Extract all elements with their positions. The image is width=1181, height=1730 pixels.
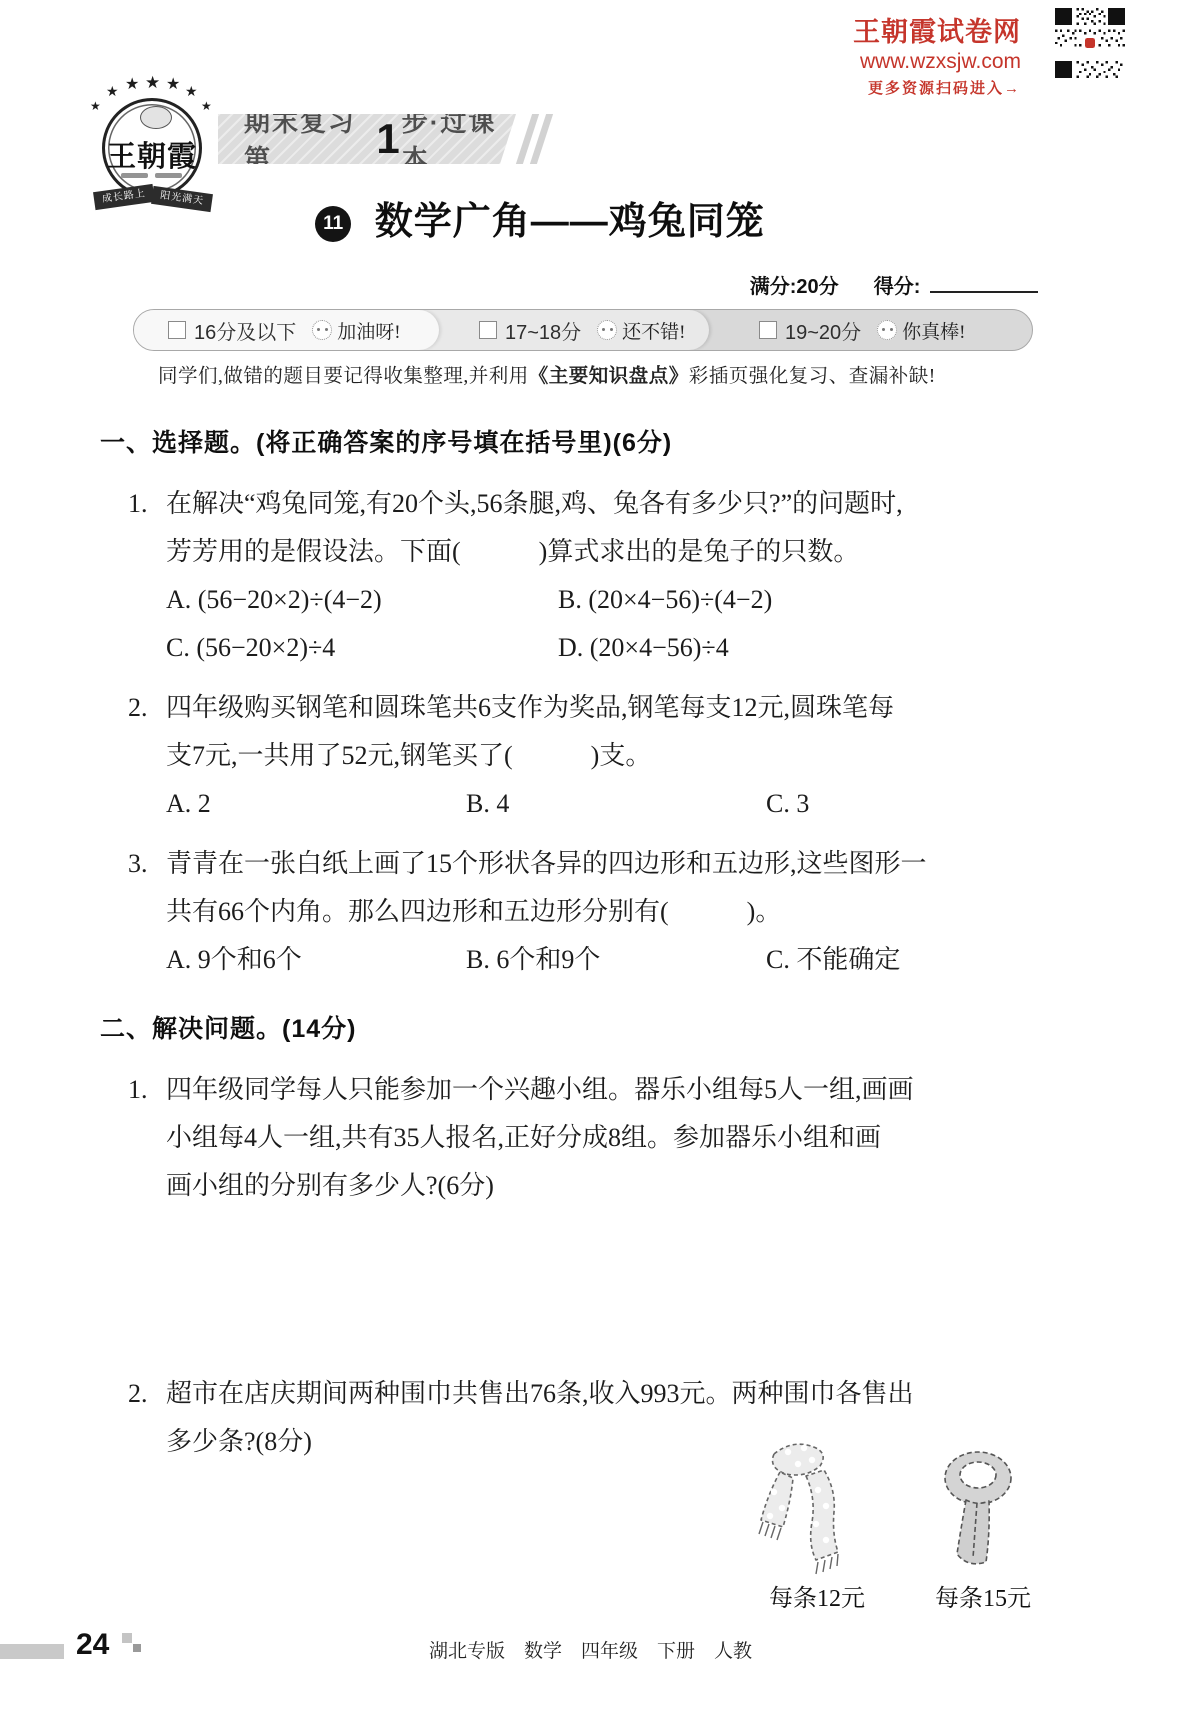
option-row: A. 2 B. 4 C. 3 xyxy=(100,780,1040,828)
brand-block: 王朝霞试卷网 www.wzxsjw.com 更多资源扫码进入→ xyxy=(853,10,1021,98)
option-c: C. 不能确定 xyxy=(766,936,900,984)
star-icon: ★ xyxy=(166,77,180,93)
score-line: 满分:20分 得分: xyxy=(750,270,1038,299)
footer-edition-info: 湖北专版 数学 四年级 下册 人教 xyxy=(0,1636,1181,1663)
notice-text: 同学们,做错的题目要记得收集整理,并利用《主要知识盘点》彩插页强化复习、查漏补缺… xyxy=(158,360,1040,388)
question-line: 超市在店庆期间两种围巾共售出76条,收入993元。两种围巾各售出 xyxy=(166,1370,1040,1418)
option-a: A. 2 xyxy=(166,780,466,828)
brand-site-name: 王朝霞试卷网 xyxy=(853,10,1021,49)
score-checkbox[interactable] xyxy=(759,321,777,339)
score-checkbox[interactable] xyxy=(168,321,186,339)
spacer xyxy=(100,828,1040,840)
scarves-illustration: 每条12元 每条15元 xyxy=(700,1432,1080,1622)
notice-post: 彩插页强化复习、查漏补缺! xyxy=(689,366,936,387)
star-icon: ★ xyxy=(145,74,160,91)
score-range-label: 16分及以下 xyxy=(194,316,296,345)
question-line: 画小组的分别有多少人?(6分) xyxy=(166,1162,1040,1210)
option-b: B. 6个和9个 xyxy=(466,936,766,984)
question-1-3: 3. 青青在一张白纸上画了15个形状各异的四边形和五边形,这些图形一 共有66个… xyxy=(100,840,1040,936)
question-number: 2. xyxy=(128,684,148,732)
question-line: 支7元,一共用了52元,钢笔买了( )支。 xyxy=(166,732,1040,780)
section-1-heading: 一、选择题。(将正确答案的序号填在括号里)(6分) xyxy=(100,428,1040,458)
option-row: A. (56−20×2)÷(4−2) B. (20×4−56)÷(4−2) xyxy=(100,576,1040,624)
section-2-heading: 二、解决问题。(14分) xyxy=(100,1014,1040,1044)
score-checkbox[interactable] xyxy=(479,321,497,339)
banner-step-number: 1 xyxy=(376,115,399,163)
logo-portrait xyxy=(140,106,172,129)
star-icon: ★ xyxy=(106,86,119,100)
qr-code-icon xyxy=(1055,8,1125,78)
question-line: 青青在一张白纸上画了15个形状各异的四边形和五边形,这些图形一 xyxy=(166,840,1040,888)
option-d: D. (20×4−56)÷4 xyxy=(558,624,729,672)
question-1-1: 1. 在解决“鸡兔同笼,有20个头,56条腿,鸡、兔各有多少只?”的问题时, 芳… xyxy=(100,480,1040,576)
score-range-item: 16分及以下 加油呀! xyxy=(168,310,401,350)
full-score-label: 满分:20分 xyxy=(750,276,839,298)
praise-label: 你真棒! xyxy=(902,317,965,344)
question-line: 四年级购买钢笔和圆珠笔共6支作为奖品,钢笔每支12元,圆珠笔每 xyxy=(166,684,1040,732)
praise-label: 加油呀! xyxy=(337,317,400,344)
earned-score-blank[interactable] xyxy=(930,277,1038,293)
page-title: 11 数学广角——鸡兔同笼 xyxy=(50,190,1030,245)
earned-score-label: 得分: xyxy=(874,276,921,298)
worksheet-content: 一、选择题。(将正确答案的序号填在括号里)(6分) 1. 在解决“鸡兔同笼,有2… xyxy=(100,428,1040,1466)
question-number: 1. xyxy=(128,1066,148,1114)
star-icon: ★ xyxy=(185,86,198,100)
question-2-1: 1. 四年级同学每人只能参加一个兴趣小组。器乐小组每5人一组,画画 小组每4人一… xyxy=(100,1066,1040,1210)
answer-space xyxy=(100,1210,1040,1370)
score-range-label: 17~18分 xyxy=(505,316,581,345)
option-a: A. 9个和6个 xyxy=(166,936,466,984)
score-range-item: 17~18分 还不错! xyxy=(479,310,686,350)
question-number: 3. xyxy=(128,840,148,888)
question-line: 小组每4人一组,共有35人报名,正好分成8组。参加器乐小组和画 xyxy=(166,1114,1040,1162)
notice-pre: 同学们,做错的题目要记得收集整理,并利用 xyxy=(158,366,529,387)
banner-prefix: 期末复习第 xyxy=(244,102,374,176)
option-c: C. 3 xyxy=(766,780,809,828)
star-icon: ★ xyxy=(201,100,212,112)
scarf-price-label: 每条15元 xyxy=(918,1578,1048,1613)
question-line: 共有66个内角。那么四边形和五边形分别有( )。 xyxy=(166,888,1040,936)
scarf-plain-image xyxy=(928,1446,1028,1574)
spacer xyxy=(100,672,1040,684)
mascot-icon xyxy=(877,320,897,340)
header-banner: 期末复习第 1 步·过课本 xyxy=(218,114,516,164)
mascot-icon xyxy=(312,320,332,340)
question-line: 在解决“鸡兔同笼,有20个头,56条腿,鸡、兔各有多少只?”的问题时, xyxy=(166,480,1040,528)
option-row: A. 9个和6个 B. 6个和9个 C. 不能确定 xyxy=(100,936,1040,984)
option-row: C. (56−20×2)÷4 D. (20×4−56)÷4 xyxy=(100,624,1040,672)
question-line: 芳芳用的是假设法。下面( )算式求出的是兔子的只数。 xyxy=(166,528,1040,576)
question-number: 1. xyxy=(128,480,148,528)
worksheet-page: 王朝霞试卷网 www.wzxsjw.com 更多资源扫码进入→ xyxy=(0,0,1181,1730)
score-range-bar: 16分及以下 加油呀! 17~18分 还不错! 19~20分 你真棒! xyxy=(133,309,1033,351)
notice-book-title: 《主要知识盘点》 xyxy=(529,365,689,387)
scarf-price-label: 每条12元 xyxy=(752,1578,882,1613)
option-b: B. 4 xyxy=(466,780,766,828)
brand-qr-caption: 更多资源扫码进入→ xyxy=(853,77,1021,98)
mascot-icon xyxy=(597,320,617,340)
banner-suffix: 步·过课本 xyxy=(402,102,516,176)
question-1-2: 2. 四年级购买钢笔和圆珠笔共6支作为奖品,钢笔每支12元,圆珠笔每 支7元,一… xyxy=(100,684,1040,780)
star-icon: ★ xyxy=(90,100,101,112)
logo-brand-name: 王朝霞 xyxy=(102,134,202,175)
star-icon: ★ xyxy=(125,77,139,93)
score-range-label: 19~20分 xyxy=(785,316,861,345)
option-a: A. (56−20×2)÷(4−2) xyxy=(166,576,558,624)
option-c: C. (56−20×2)÷4 xyxy=(166,624,558,672)
logo-subtext-decor xyxy=(121,173,148,178)
question-number: 2. xyxy=(128,1370,148,1418)
score-range-item: 19~20分 你真棒! xyxy=(759,310,966,350)
option-b: B. (20×4−56)÷(4−2) xyxy=(558,576,772,624)
scarf-dotted-image xyxy=(744,1434,860,1576)
title-number-badge: 11 xyxy=(315,206,351,242)
praise-label: 还不错! xyxy=(622,317,685,344)
logo-subtext-decor xyxy=(155,173,182,178)
question-line: 四年级同学每人只能参加一个兴趣小组。器乐小组每5人一组,画画 xyxy=(166,1066,1040,1114)
brand-site-url: www.wzxsjw.com xyxy=(853,50,1021,74)
page-title-text: 数学广角——鸡兔同笼 xyxy=(375,201,765,243)
